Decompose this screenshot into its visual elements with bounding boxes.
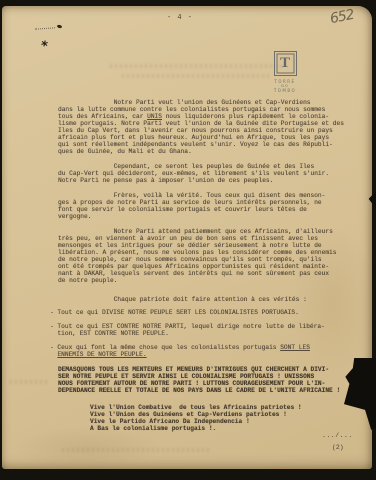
continuation-mark: .../...: [322, 432, 353, 439]
ink-star-mark: *: [39, 38, 50, 54]
bullet-2: - Tout ce qui EST CONTRE NOTRE PARTI, le…: [50, 323, 366, 337]
torre-do-tombo-stamp: T TORRE DO TOMBO: [271, 51, 299, 93]
heading-verites: Chaque patriote doit faire attention à c…: [58, 296, 366, 303]
paragraph-patience: Notre Parti attend patiemment que ces Af…: [58, 228, 366, 284]
bleed-through-text: [10, 380, 48, 384]
paragraph-decision: Cependant, ce seront les peuples de Guin…: [58, 163, 366, 184]
stamp-caption: TORRE DO TOMBO: [271, 79, 299, 93]
bleed-through-text: [110, 64, 285, 68]
paragraph-union: Notre Parti veut l'union des Guinéens et…: [58, 99, 366, 155]
paragraph-appeal-caps: DEMASQUONS TOUS LES MENTEURS ET MENEURS …: [58, 366, 366, 394]
bleed-through-text: [62, 448, 212, 452]
stamp-initial: T: [274, 51, 297, 76]
paragraph-freres: Frères, voilà la vérité. Tous ceux qui d…: [58, 192, 366, 220]
stamp-caption-line: TOMBO: [271, 88, 299, 93]
pen-scribble-mark: [35, 27, 55, 29]
ink-blob-mark: [57, 24, 63, 28]
torn-edge-notch: [367, 189, 376, 211]
bullet-1: - Tout ce qui DIVISE NOTRE PEUPLE SERT L…: [50, 309, 366, 316]
bullet-3: - Ceux qui font la même chose que les co…: [50, 344, 366, 358]
footnote-number: (2): [332, 444, 344, 451]
page-number: - 4 -: [150, 14, 210, 22]
document-text: Notre Parti veut l'union des Guinéens et…: [50, 99, 366, 440]
slogans: Vive l'Union Combative de tous les Afric…: [90, 404, 366, 432]
document-page: - 4 - * T TORRE DO TOMBO Notre Parti veu…: [2, 6, 372, 469]
bleed-through-text: [122, 74, 272, 78]
